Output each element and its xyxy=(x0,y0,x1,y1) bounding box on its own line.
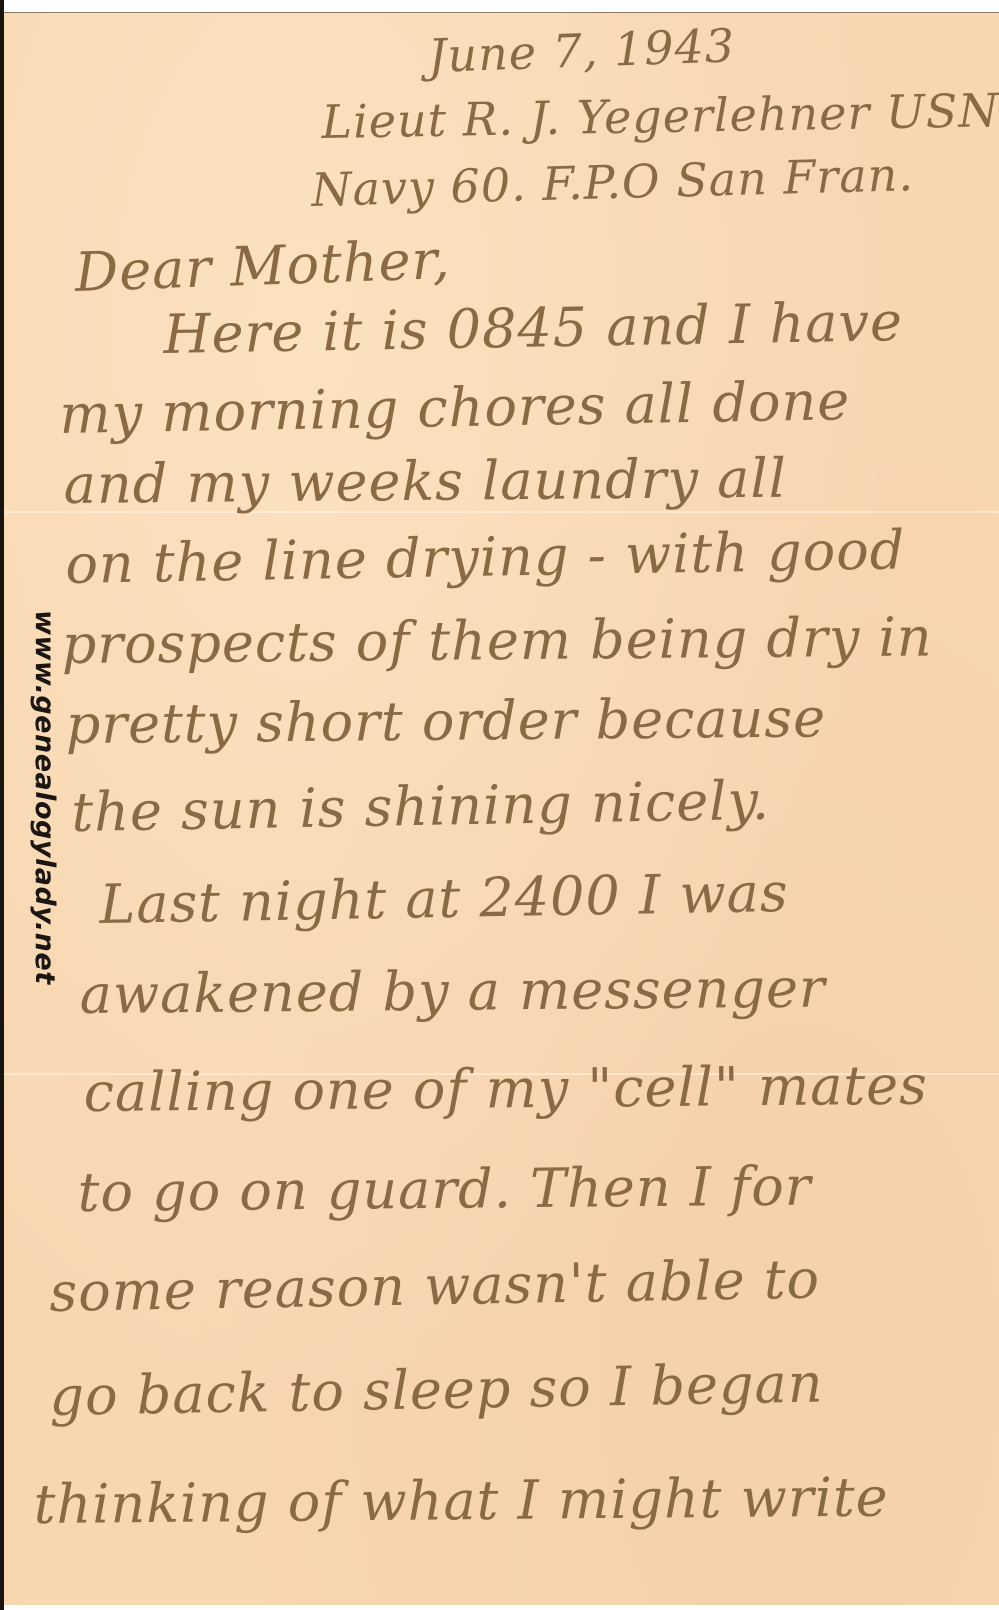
letter-line: to go on guard. Then I for xyxy=(77,1155,811,1224)
letter-line: pretty short order because xyxy=(65,686,826,756)
letter-line: some reason wasn't able to xyxy=(49,1248,821,1324)
letter-line: calling one of my "cell" mates xyxy=(83,1054,928,1124)
watermark-url: www.genealogylady.net xyxy=(29,610,60,970)
letter-line: my morning chores all done xyxy=(59,369,851,446)
letter-line: prospects of them being dry in xyxy=(61,605,932,676)
letter-sender: Lieut R. J. Yegerlehner USNR xyxy=(321,83,999,149)
letter-line: on the line drying - with good xyxy=(65,518,906,596)
letter-date: June 7, 1943 xyxy=(427,18,736,83)
letter-line: go back to sleep so I began xyxy=(49,1351,824,1428)
letter-line: awakened by a messenger xyxy=(79,956,826,1026)
letter-line: Here it is 0845 and I have xyxy=(163,290,903,366)
letter-line: thinking of what I might write xyxy=(33,1466,888,1536)
letter-paper: June 7, 1943 Lieut R. J. Yegerlehner USN… xyxy=(4,12,999,1605)
scan-top-margin xyxy=(0,0,999,12)
letter-line: the sun is shining nicely. xyxy=(71,769,771,844)
letter-salutation: Dear Mother, xyxy=(74,228,452,304)
letter-address: Navy 60. F.P.O San Fran. xyxy=(311,147,915,217)
letter-line: Last night at 2400 I was xyxy=(99,861,789,936)
letter-line: and my weeks laundry all xyxy=(63,447,787,516)
